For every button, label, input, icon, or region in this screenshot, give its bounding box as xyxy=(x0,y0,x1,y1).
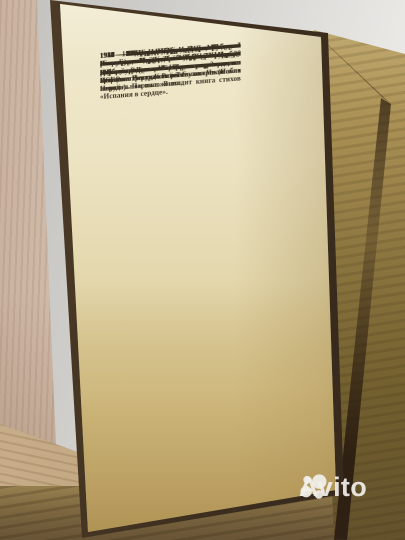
avito-logo-text: Avito xyxy=(299,474,367,501)
book-product-photo: 1904 — 12 июля в Паррале (Чили) у доньи … xyxy=(0,0,405,540)
chronology-text: 1904 — 12 июля в Паррале (Чили) у доньи … xyxy=(100,41,241,52)
